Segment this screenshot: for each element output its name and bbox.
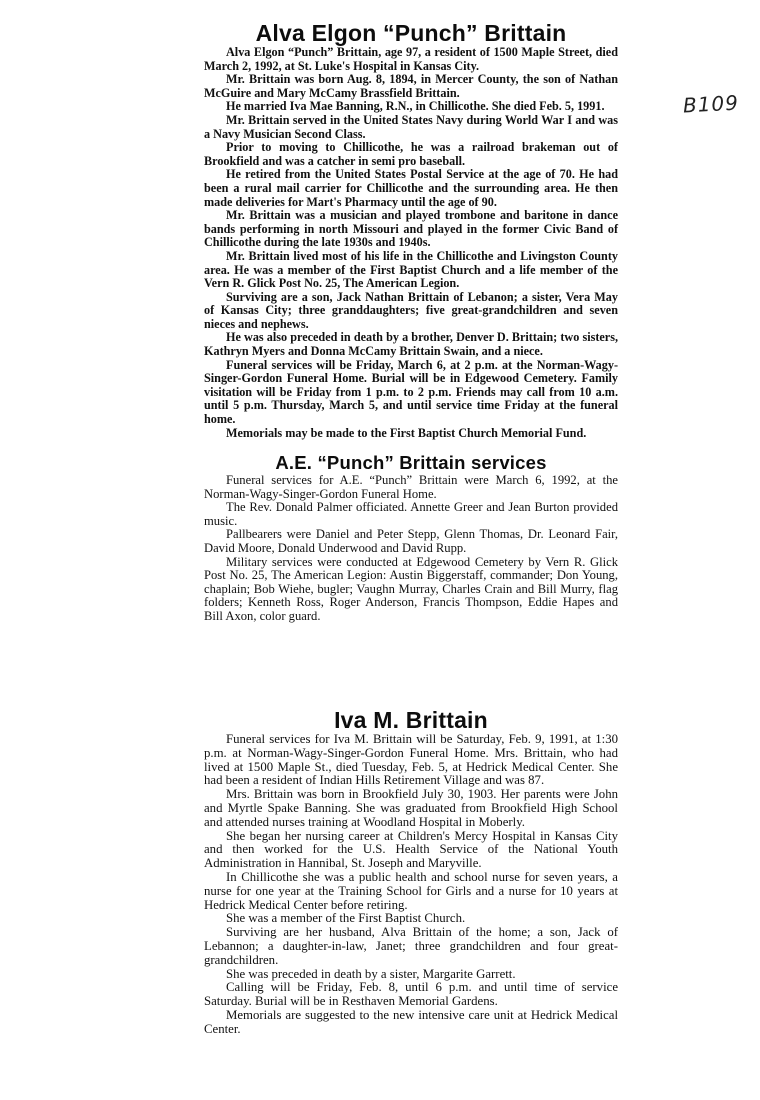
paragraph: The Rev. Donald Palmer officiated. Annet… xyxy=(204,501,618,528)
paragraph: She was preceded in death by a sister, M… xyxy=(204,968,618,982)
paragraph: Funeral services for A.E. “Punch” Britta… xyxy=(204,474,618,501)
paragraph: Memorials may be made to the First Bapti… xyxy=(204,427,618,441)
paragraph: Prior to moving to Chillicothe, he was a… xyxy=(204,141,618,168)
paragraph: Alva Elgon “Punch” Brittain, age 97, a r… xyxy=(204,46,618,73)
obituary-headline: Alva Elgon “Punch” Brittain xyxy=(204,20,618,46)
obituary-iva-brittain: Iva M. Brittain Funeral services for Iva… xyxy=(204,707,618,1037)
paragraph: Mr. Brittain served in the United States… xyxy=(204,114,618,141)
paragraph: Funeral services will be Friday, March 6… xyxy=(204,359,618,427)
paragraph: He was also preceded in death by a broth… xyxy=(204,331,618,358)
paragraph: Memorials are suggested to the new inten… xyxy=(204,1009,618,1037)
paragraph: He retired from the United States Postal… xyxy=(204,168,618,209)
paragraph: Mr. Brittain was a musician and played t… xyxy=(204,209,618,250)
obituary-body: Funeral services for Iva M. Brittain wil… xyxy=(204,733,618,1037)
paragraph: Military services were conducted at Edge… xyxy=(204,556,618,624)
services-alva-brittain: A.E. “Punch” Brittain services Funeral s… xyxy=(204,452,618,624)
paragraph: Mrs. Brittain was born in Brookfield Jul… xyxy=(204,788,618,829)
paragraph: She began her nursing career at Children… xyxy=(204,830,618,871)
obituary-body: Alva Elgon “Punch” Brittain, age 97, a r… xyxy=(204,46,618,440)
paragraph: In Chillicothe she was a public health a… xyxy=(204,871,618,912)
archive-annotation: B109 xyxy=(682,91,739,118)
services-headline: A.E. “Punch” Brittain services xyxy=(204,452,618,474)
obituary-alva-brittain: Alva Elgon “Punch” Brittain Alva Elgon “… xyxy=(204,20,618,440)
paragraph: Surviving are her husband, Alva Brittain… xyxy=(204,926,618,967)
paragraph: She was a member of the First Baptist Ch… xyxy=(204,912,618,926)
paragraph: Mr. Brittain was born Aug. 8, 1894, in M… xyxy=(204,73,618,100)
paragraph: Funeral services for Iva M. Brittain wil… xyxy=(204,733,618,788)
services-body: Funeral services for A.E. “Punch” Britta… xyxy=(204,474,618,624)
paragraph: Pallbearers were Daniel and Peter Stepp,… xyxy=(204,528,618,555)
paragraph: Mr. Brittain lived most of his life in t… xyxy=(204,250,618,291)
paragraph: Surviving are a son, Jack Nathan Brittai… xyxy=(204,291,618,332)
paragraph: Calling will be Friday, Feb. 8, until 6 … xyxy=(204,981,618,1009)
paragraph: He married Iva Mae Banning, R.N., in Chi… xyxy=(204,100,618,114)
obituary-headline: Iva M. Brittain xyxy=(204,707,618,733)
